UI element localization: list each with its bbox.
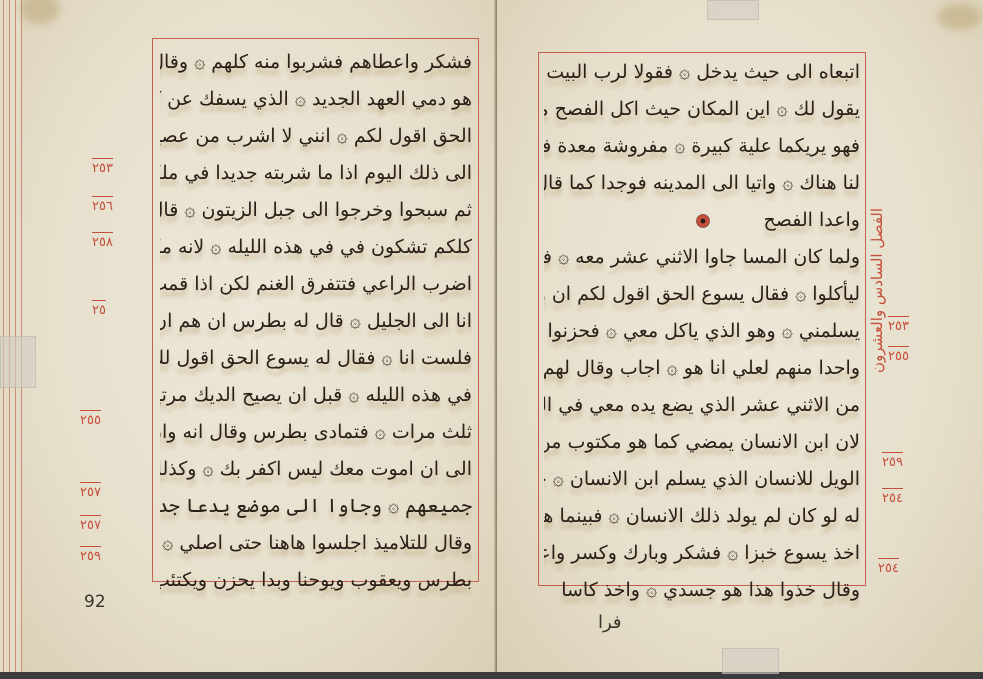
margin-note: ٢٥٥ (888, 346, 909, 364)
text-line: هو دمي العهد الجديد ۞ الذي يسفك عن كثيري… (160, 81, 472, 118)
margin-note: ٢٥ (92, 300, 106, 318)
text-line: وقال للتلاميذ اجلسوا هاهنا حتى اصلي ۞ ثم… (160, 525, 472, 562)
text-line-fragment: واعدا الفصح (763, 209, 860, 231)
margin-note: ٢٥٦ (92, 196, 113, 214)
text-line: لنا هناك ۞ واتيا الى المدينه فوجدا كما ق… (544, 165, 860, 202)
text-line: له لو كان لم يولد ذلك الانسان ۞ فبينما ه… (544, 498, 860, 535)
text-line: لان ابن الانسان يمضي كما هو مكتوب من اجل… (544, 424, 860, 461)
text-line: الى ان اموت معك ليس اكفر بك ۞ وكذلك قال (160, 451, 472, 488)
text-line: اخذ يسوع خبزا ۞ فشكر وبارك وكسر واعطاهم (544, 535, 860, 572)
margin-note: ٢٥٩ (882, 452, 903, 470)
water-stain (20, 0, 60, 24)
chapter-heading: الفصل السادس والعشرون (868, 190, 890, 390)
text-line: وقال خذوا هذا هو جسدي ۞ واخذ كاسا (544, 572, 860, 609)
text-line: في هذه الليله ۞ قبل ان يصيح الديك مرتين … (160, 377, 472, 414)
text-line: انا الى الجليل ۞ قال له بطرس ان هم ان شك… (160, 303, 472, 340)
margin-note: ٢٥٨ (92, 232, 113, 250)
text-line: يقول لك ۞ اين المكان حيث اكل الفصح مع تل… (544, 91, 860, 128)
manuscript-spread: فشكر واعطاهم فشربوا منه كلهم ۞ وقال لهم … (0, 0, 983, 672)
text-line: الويل للانسان الذي يسلم ابن الانسان ۞ خي… (544, 461, 860, 498)
water-stain (937, 4, 982, 30)
margin-note: ٢٥٥ (80, 410, 101, 428)
left-page: فشكر واعطاهم فشربوا منه كلهم ۞ وقال لهم … (0, 0, 497, 672)
text-line: واعدا الفصح (544, 202, 860, 239)
text-line: بطرس ويعقوب ويوحنا وبدا يحزن ويكتئب (160, 562, 472, 599)
margin-note: ٢٥٣ (888, 316, 909, 334)
folio-mark: فرا (598, 612, 622, 633)
text-line: اضرب الراعي فتتفرق الغنم لكن اذا قمت اسب… (160, 266, 472, 303)
text-line: الى ذلك اليوم اذا ما شربته جديدا في ملكو… (160, 155, 472, 192)
text-line: ثلث مرات ۞ فتمادى بطرس وقال انه وان اضطر… (160, 414, 472, 451)
text-line: ولما كان المسا جاوا الاثني عشر معه ۞ فات… (544, 239, 860, 276)
left-text-block: فشكر واعطاهم فشربوا منه كلهم ۞ وقال لهم … (160, 44, 472, 599)
repair-tape (722, 648, 779, 674)
text-line: من الاثني عشر الذي يضع يده معي في القصعه (544, 387, 860, 424)
margin-note: ٢٥٣ (92, 158, 113, 176)
folio-number: 92 (84, 592, 106, 612)
text-line: فهو يريكما علية كبيرة ۞ مفروشة معدة فاعد… (544, 128, 860, 165)
text-line: فشكر واعطاهم فشربوا منه كلهم ۞ وقال لهم … (160, 44, 472, 81)
text-line: الحق اقول لكم ۞ انني لا اشرب من عصير هذه… (160, 118, 472, 155)
margin-note: ٢٥٧ (80, 482, 101, 500)
text-line: ليأكلوا ۞ فقال يسوع الحق اقول لكم ان واح… (544, 276, 860, 313)
text-line: يسلمني ۞ وهو الذي ياكل معي ۞ فحزنوا وقال… (544, 313, 860, 350)
rosette-icon (695, 213, 711, 229)
repair-tape (0, 336, 36, 388)
margin-note: ٢٥٤ (878, 558, 899, 576)
right-text-block: اتبعاه الى حيث يدخل ۞ فقولا لرب البيت ال… (544, 54, 860, 609)
text-line: ثم سبحوا وخرجوا الى جبل الزيتون ۞ قال له… (160, 192, 472, 229)
margin-note: ٢٥٧ (80, 515, 101, 533)
margin-note: ٢٥٩ (80, 546, 101, 564)
text-line: اتبعاه الى حيث يدخل ۞ فقولا لرب البيت ال… (544, 54, 860, 91)
text-line: جميعهم ۞ وجاوا الى موضع يدعا جدسامان ۞ (160, 488, 472, 525)
text-line: واحدا منهم لعلي انا هو ۞ اجاب وقال لهم و… (544, 350, 860, 387)
text-line: فلست انا ۞ فقال له يسوع الحق اقول لك انك… (160, 340, 472, 377)
text-line: كلكم تشكون في في هذه الليله ۞ لانه مكتوب (160, 229, 472, 266)
repair-tape (707, 0, 759, 20)
margin-note: ٢٥٤ (882, 488, 903, 506)
